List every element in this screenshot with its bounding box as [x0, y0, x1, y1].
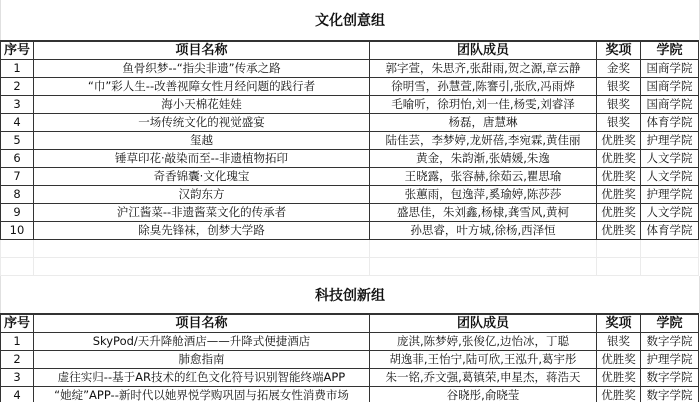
- cell-college[interactable]: 国商学院: [641, 60, 699, 78]
- cell-college[interactable]: 国商学院: [641, 96, 699, 114]
- empty-row: [1, 240, 699, 258]
- cell-college[interactable]: 人文学院: [641, 168, 699, 186]
- cell-team[interactable]: 王晓露，张容赫,徐茹云,瞿思瑜: [370, 168, 597, 186]
- cell-award[interactable]: 银奖: [597, 114, 641, 132]
- table-row: 3虚往实归--基于AR技术的红色文化符号识别智能终端APP朱一铭,乔文强,葛镇荣…: [1, 369, 699, 387]
- cell-award[interactable]: 优胜奖: [597, 351, 641, 369]
- cell-college[interactable]: 护理学院: [641, 186, 699, 204]
- header-row: 序号 项目名称 团队成员 奖项 学院: [1, 314, 699, 333]
- table-row: 8汉韵东方张蕙雨，包逸萍,奚瑜婷,陈莎莎优胜奖护理学院: [1, 186, 699, 204]
- cell-seq[interactable]: 6: [1, 150, 34, 168]
- section-title-culture: 文化创意组: [0, 0, 700, 40]
- cell-seq[interactable]: 5: [1, 132, 34, 150]
- cell-project[interactable]: 玺越: [34, 132, 370, 150]
- cell-seq[interactable]: 4: [1, 114, 34, 132]
- cell-college[interactable]: 数字学院: [641, 369, 699, 387]
- header-project[interactable]: 项目名称: [34, 314, 370, 333]
- cell-team[interactable]: 徐明雪，孙慧萱,陈謇引,张欣,冯雨烨: [370, 78, 597, 96]
- cell-award[interactable]: 银奖: [597, 333, 641, 351]
- empty-cell[interactable]: [34, 240, 370, 258]
- header-college[interactable]: 学院: [641, 314, 699, 333]
- cell-award[interactable]: 优胜奖: [597, 204, 641, 222]
- cell-award[interactable]: 优胜奖: [597, 168, 641, 186]
- cell-seq[interactable]: 3: [1, 96, 34, 114]
- cell-seq[interactable]: 2: [1, 78, 34, 96]
- cell-project[interactable]: 肺愈指南: [34, 351, 370, 369]
- table-row: 10除臭先锋袜，创梦大学路孙思睿，叶方城,徐杨,西泽恒优胜奖体育学院: [1, 222, 699, 240]
- empty-cell[interactable]: [370, 258, 597, 276]
- cell-seq[interactable]: 7: [1, 168, 34, 186]
- cell-award[interactable]: 银奖: [597, 96, 641, 114]
- table-row: 4“她绽”APP--新时代以她界悦学购巩固与拓展女性消费市场谷晓彤,俞晓莹优胜奖…: [1, 387, 699, 402]
- header-award[interactable]: 奖项: [597, 41, 641, 60]
- cell-team[interactable]: 张蕙雨，包逸萍,奚瑜婷,陈莎莎: [370, 186, 597, 204]
- cell-team[interactable]: 朱一铭,乔文强,葛镇荣,申星杰，蒋浩天: [370, 369, 597, 387]
- cell-project[interactable]: 海小天棉花娃娃: [34, 96, 370, 114]
- cell-seq[interactable]: 1: [1, 60, 34, 78]
- cell-college[interactable]: 护理学院: [641, 351, 699, 369]
- cell-award[interactable]: 优胜奖: [597, 186, 641, 204]
- table-row: 1SkyPod/天升降舱酒店——升降式便捷酒店庞淇,陈梦婷,张俊亿,边怡冰，丁聪…: [1, 333, 699, 351]
- table-tech: 序号 项目名称 团队成员 奖项 学院 1SkyPod/天升降舱酒店——升降式便捷…: [0, 313, 699, 402]
- cell-project[interactable]: “巾”彩人生--改善视障女性月经问题的践行者: [34, 78, 370, 96]
- header-row: 序号 项目名称 团队成员 奖项 学院: [1, 41, 699, 60]
- cell-seq[interactable]: 10: [1, 222, 34, 240]
- empty-cell[interactable]: [34, 258, 370, 276]
- cell-college[interactable]: 数字学院: [641, 387, 699, 402]
- cell-project[interactable]: 沪江酱菜--非遗酱菜文化的传承者: [34, 204, 370, 222]
- empty-cell[interactable]: [1, 258, 34, 276]
- cell-project[interactable]: 一场传统文化的视觉盛宴: [34, 114, 370, 132]
- header-seq[interactable]: 序号: [1, 314, 34, 333]
- cell-team[interactable]: 庞淇,陈梦婷,张俊亿,边怡冰，丁聪: [370, 333, 597, 351]
- cell-college[interactable]: 国商学院: [641, 78, 699, 96]
- cell-project[interactable]: 汉韵东方: [34, 186, 370, 204]
- header-seq[interactable]: 序号: [1, 41, 34, 60]
- cell-team[interactable]: 陆佳芸，李梦婷,龙妍蓓,李宛霖,黄佳丽: [370, 132, 597, 150]
- cell-seq[interactable]: 9: [1, 204, 34, 222]
- table-row: 2肺愈指南胡逸菲,王怡宁,陆可欣,王泓升,葛宇彤优胜奖护理学院: [1, 351, 699, 369]
- cell-college[interactable]: 数字学院: [641, 333, 699, 351]
- table-row: 3海小天棉花娃娃毛喻听，徐玥怡,刘一佳,杨雯,刘睿泽银奖国商学院: [1, 96, 699, 114]
- empty-cell[interactable]: [641, 240, 699, 258]
- empty-cell[interactable]: [641, 258, 699, 276]
- cell-seq[interactable]: 2: [1, 351, 34, 369]
- table-culture: 序号 项目名称 团队成员 奖项 学院 1鱼骨织梦--“指尖非遗”传承之路郭字萱，…: [0, 40, 699, 276]
- table-row: 7奇香锦囊·文化瑰宝王晓露，张容赫,徐茹云,瞿思瑜优胜奖人文学院: [1, 168, 699, 186]
- cell-award[interactable]: 优胜奖: [597, 150, 641, 168]
- cell-seq[interactable]: 8: [1, 186, 34, 204]
- cell-college[interactable]: 人文学院: [641, 204, 699, 222]
- cell-team[interactable]: 谷晓彤,俞晓莹: [370, 387, 597, 402]
- cell-team[interactable]: 郭字萱，朱思齐,张甜雨,贺之源,章云静: [370, 60, 597, 78]
- empty-row: [1, 258, 699, 276]
- empty-cell[interactable]: [370, 240, 597, 258]
- cell-project[interactable]: 锤草印花·敲染而至--非遗植物拓印: [34, 150, 370, 168]
- table-row: 2“巾”彩人生--改善视障女性月经问题的践行者徐明雪，孙慧萱,陈謇引,张欣,冯雨…: [1, 78, 699, 96]
- empty-cell[interactable]: [1, 240, 34, 258]
- cell-team[interactable]: 黄金，朱韵渐,张婧媛,朱逸: [370, 150, 597, 168]
- header-team[interactable]: 团队成员: [370, 41, 597, 60]
- cell-project[interactable]: 奇香锦囊·文化瑰宝: [34, 168, 370, 186]
- cell-team[interactable]: 盛思佳，朱刘鑫,杨棣,龚雪风,黄柯: [370, 204, 597, 222]
- cell-project[interactable]: 鱼骨织梦--“指尖非遗”传承之路: [34, 60, 370, 78]
- cell-award[interactable]: 优胜奖: [597, 132, 641, 150]
- header-team[interactable]: 团队成员: [370, 314, 597, 333]
- cell-award[interactable]: 优胜奖: [597, 387, 641, 402]
- cell-college[interactable]: 护理学院: [641, 132, 699, 150]
- cell-award[interactable]: 优胜奖: [597, 369, 641, 387]
- spreadsheet: 文化创意组 序号 项目名称 团队成员 奖项 学院 1鱼骨织梦--“指尖非遗”传承…: [0, 0, 700, 402]
- cell-project[interactable]: 虚往实归--基于AR技术的红色文化符号识别智能终端APP: [34, 369, 370, 387]
- empty-cell[interactable]: [597, 258, 641, 276]
- table-row: 6锤草印花·敲染而至--非遗植物拓印黄金，朱韵渐,张婧媛,朱逸优胜奖人文学院: [1, 150, 699, 168]
- cell-seq[interactable]: 4: [1, 387, 34, 402]
- header-project[interactable]: 项目名称: [34, 41, 370, 60]
- table-row: 9沪江酱菜--非遗酱菜文化的传承者盛思佳，朱刘鑫,杨棣,龚雪风,黄柯优胜奖人文学…: [1, 204, 699, 222]
- cell-seq[interactable]: 3: [1, 369, 34, 387]
- header-college[interactable]: 学院: [641, 41, 699, 60]
- empty-cell[interactable]: [597, 240, 641, 258]
- cell-team[interactable]: 胡逸菲,王怡宁,陆可欣,王泓升,葛宇彤: [370, 351, 597, 369]
- cell-project[interactable]: 除臭先锋袜，创梦大学路: [34, 222, 370, 240]
- header-award[interactable]: 奖项: [597, 314, 641, 333]
- cell-team[interactable]: 毛喻听，徐玥怡,刘一佳,杨雯,刘睿泽: [370, 96, 597, 114]
- cell-college[interactable]: 人文学院: [641, 150, 699, 168]
- table-row: 5玺越陆佳芸，李梦婷,龙妍蓓,李宛霖,黄佳丽优胜奖护理学院: [1, 132, 699, 150]
- cell-college[interactable]: 体育学院: [641, 114, 699, 132]
- cell-award[interactable]: 金奖: [597, 60, 641, 78]
- cell-project[interactable]: “她绽”APP--新时代以她界悦学购巩固与拓展女性消费市场: [34, 387, 370, 402]
- cell-award[interactable]: 银奖: [597, 78, 641, 96]
- section-title-tech: 科技创新组: [0, 276, 700, 313]
- cell-award[interactable]: 优胜奖: [597, 222, 641, 240]
- table-row: 1鱼骨织梦--“指尖非遗”传承之路郭字萱，朱思齐,张甜雨,贺之源,章云静金奖国商…: [1, 60, 699, 78]
- cell-seq[interactable]: 1: [1, 333, 34, 351]
- table-row: 4一场传统文化的视觉盛宴杨磊，唐慧琳银奖体育学院: [1, 114, 699, 132]
- cell-project[interactable]: SkyPod/天升降舱酒店——升降式便捷酒店: [34, 333, 370, 351]
- cell-college[interactable]: 体育学院: [641, 222, 699, 240]
- cell-team[interactable]: 孙思睿，叶方城,徐杨,西泽恒: [370, 222, 597, 240]
- cell-team[interactable]: 杨磊，唐慧琳: [370, 114, 597, 132]
